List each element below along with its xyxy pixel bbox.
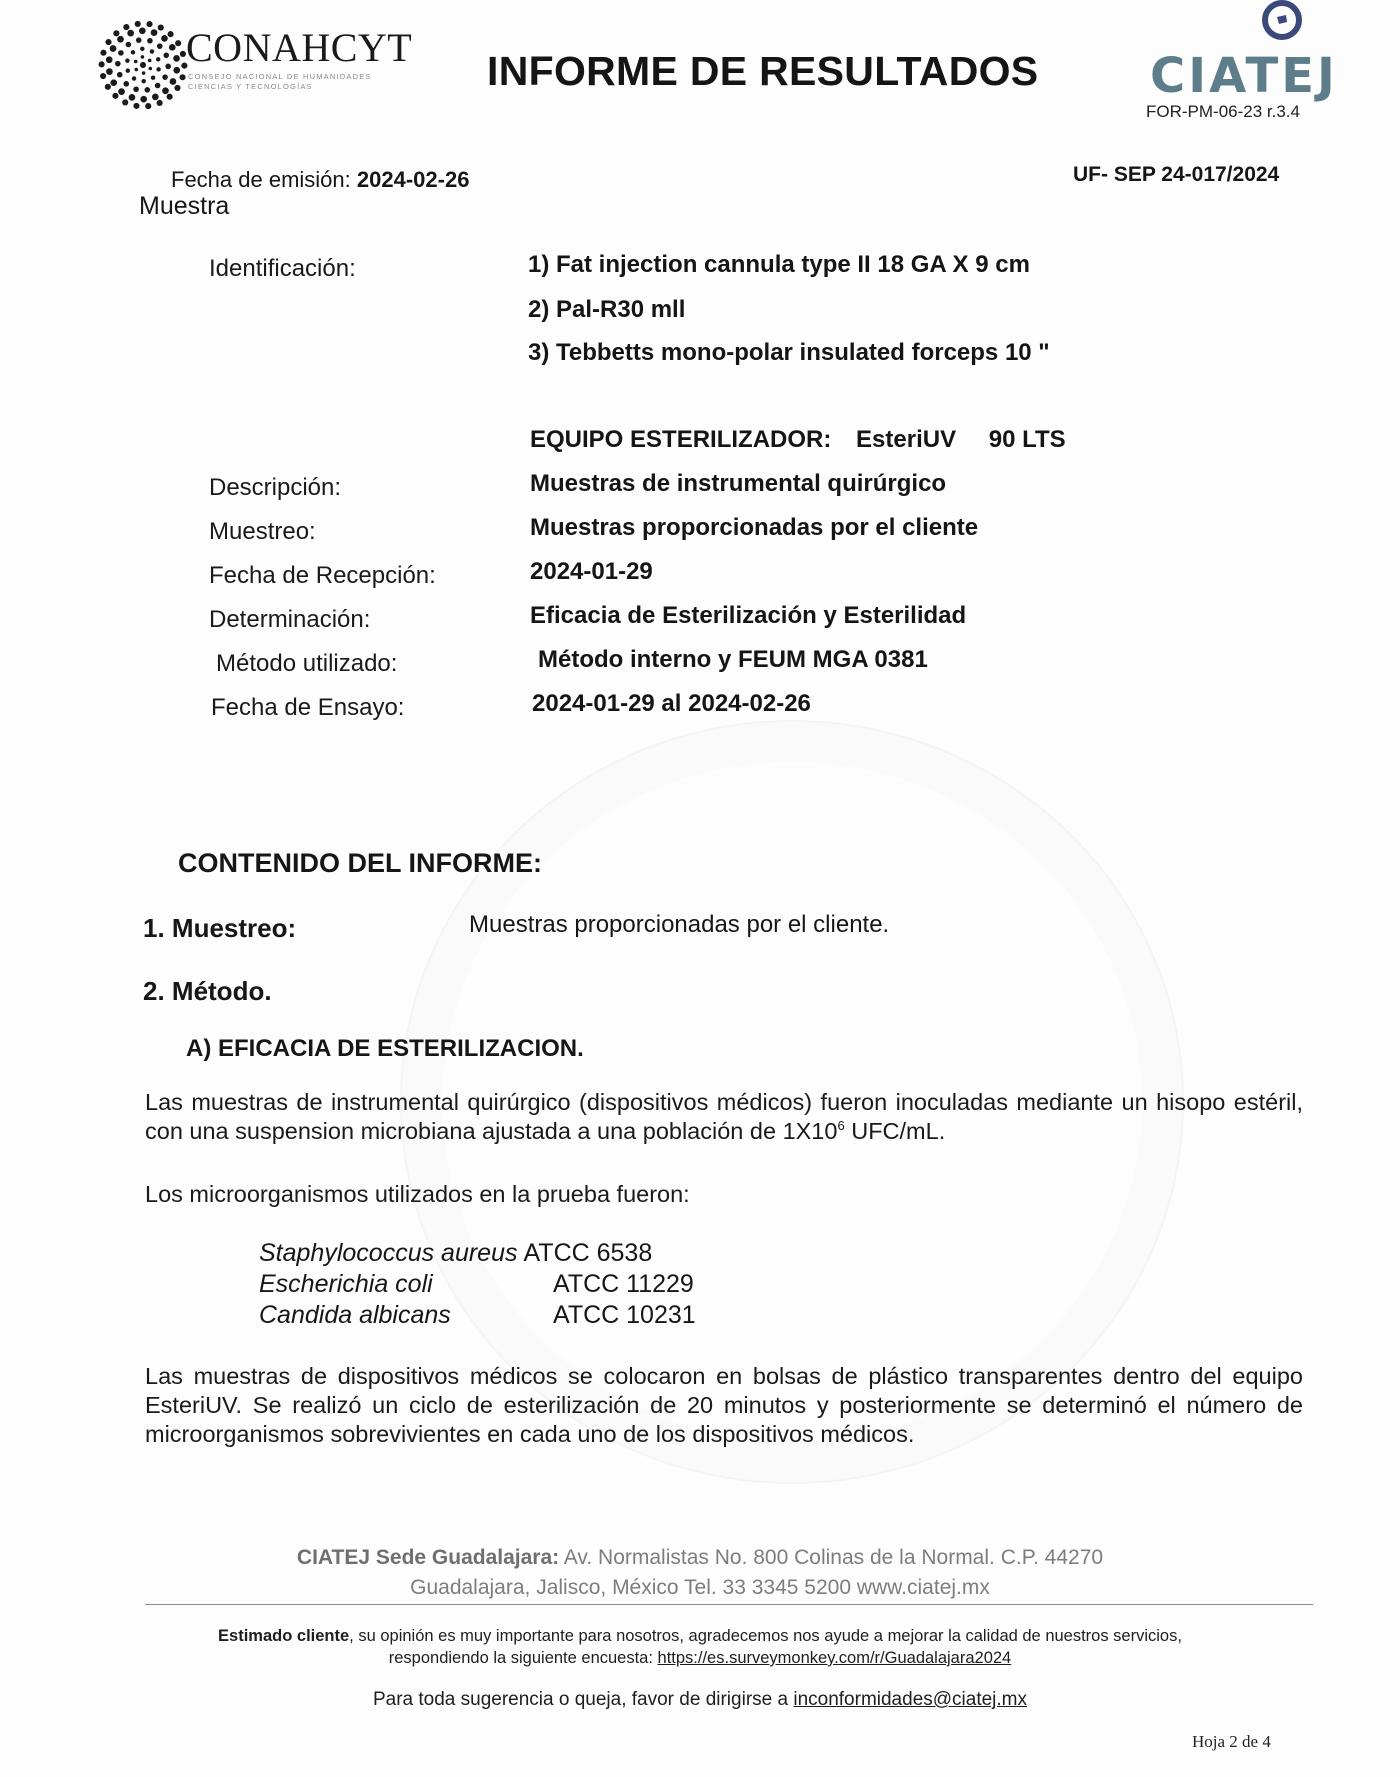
section-1-value: Muestras proporcionadas por el cliente. <box>469 911 889 939</box>
issue-date-label: Fecha de emisión: <box>171 167 351 192</box>
section-2-label: 2. Método. <box>143 976 272 1007</box>
sterilizer-equipment: EQUIPO ESTERILIZADOR: EsteriUV 90 LTS <box>530 426 1066 454</box>
inoculation-units: UFC/mL. <box>845 1118 946 1144</box>
field-value: Eficacia de Esterilización y Esterilidad <box>530 602 966 630</box>
issue-date-value: 2024-02-26 <box>357 167 470 192</box>
list-item: Candida albicans ATCC 10231 <box>259 1300 696 1331</box>
footer-divider <box>145 1604 1313 1605</box>
footer-address-line2: Guadalajara, Jalisco, México Tel. 33 334… <box>0 1573 1400 1603</box>
organism-strain: ATCC 10231 <box>553 1300 696 1331</box>
form-code: FOR-PM-06-23 r.3.4 <box>1146 102 1300 122</box>
field-label: Determinación: <box>209 606 370 634</box>
report-contents-title: CONTENIDO DEL INFORME: <box>178 848 542 879</box>
survey-line2: respondiendo la siguiente encuesta: http… <box>0 1647 1400 1669</box>
field-label: Fecha de Recepción: <box>209 562 436 590</box>
survey-line1: Estimado cliente, su opinión es muy impo… <box>0 1625 1400 1647</box>
organism-name: Candida albicans <box>259 1300 553 1331</box>
conahcyt-name: CONAHCYT <box>186 24 412 71</box>
sample-item-1: 1) Fat injection cannula type II 18 GA X… <box>528 251 1030 279</box>
microorganism-list: Staphylococcus aureus ATCC 6538 Escheric… <box>259 1238 696 1331</box>
field-value: Muestras de instrumental quirúrgico <box>530 470 946 498</box>
footer-address: CIATEJ Sede Guadalajara: Av. Normalistas… <box>0 1543 1400 1603</box>
field-label: Descripción: <box>209 474 341 502</box>
complaint-notice: Para toda sugerencia o queja, favor de d… <box>0 1689 1400 1711</box>
issue-date: Fecha de emisión: 2024-02-26 <box>171 167 469 193</box>
field-value: Muestras proporcionadas por el cliente <box>530 514 978 542</box>
conahcyt-subtitle: CONSEJO NACIONAL DE HUMANIDADES CIENCIAS… <box>188 72 372 92</box>
survey-text2: respondiendo la siguiente encuesta: <box>389 1649 658 1667</box>
field-value: 2024-01-29 al 2024-02-26 <box>532 690 811 718</box>
ciatej-logo-icon <box>1257 0 1307 44</box>
exponent: 6 <box>837 1118 844 1133</box>
field-label: Método utilizado: <box>216 650 397 678</box>
section-1-label: 1. Muestreo: <box>143 913 296 944</box>
organism-strain: ATCC 11229 <box>553 1269 694 1300</box>
sterilizer-label: EQUIPO ESTERILIZADOR: <box>530 426 831 453</box>
complaint-text: Para toda sugerencia o queja, favor de d… <box>373 1689 793 1710</box>
conahcyt-subtitle-line1: CONSEJO NACIONAL DE HUMANIDADES <box>188 72 372 82</box>
list-item: Staphylococcus aureus ATCC 6538 <box>259 1238 696 1269</box>
footer-org: CIATEJ Sede Guadalajara: <box>297 1546 559 1569</box>
organism-name: Staphylococcus aureus <box>259 1238 517 1269</box>
report-folio: UF- SEP 24-017/2024 <box>1073 163 1279 187</box>
list-item: Escherichia coli ATCC 11229 <box>259 1269 696 1300</box>
sample-item-2: 2) Pal-R30 mll <box>528 296 685 324</box>
complaint-email-link[interactable]: inconformidades@ciatej.mx <box>793 1689 1027 1710</box>
sample-heading: Muestra <box>139 192 229 221</box>
section-a-label: A) EFICACIA DE ESTERILIZACION. <box>186 1035 584 1063</box>
identification-label: Identificación: <box>209 255 356 283</box>
survey-link[interactable]: https://es.surveymonkey.com/r/Guadalajar… <box>658 1649 1012 1667</box>
sample-item-3: 3) Tebbetts mono-polar insulated forceps… <box>528 339 1050 367</box>
field-value: 2024-01-29 <box>530 558 653 586</box>
sterilizer-model: EsteriUV <box>856 426 956 453</box>
footer-address-line1: CIATEJ Sede Guadalajara: Av. Normalistas… <box>0 1543 1400 1573</box>
sterilizer-capacity: 90 LTS <box>989 426 1066 453</box>
conahcyt-logo-icon <box>98 20 188 110</box>
footer-street: Av. Normalistas No. 800 Colinas de la No… <box>559 1546 1103 1569</box>
organism-strain: ATCC 6538 <box>523 1238 652 1269</box>
survey-text: , su opinión es muy importante para noso… <box>349 1627 1182 1645</box>
inoculation-paragraph: Las muestras de instrumental quirúrgico … <box>145 1088 1303 1146</box>
field-value: Método interno y FEUM MGA 0381 <box>538 646 928 674</box>
page-indicator: Hoja 2 de 4 <box>1192 1732 1271 1752</box>
conahcyt-subtitle-line2: CIENCIAS Y TECNOLOGÍAS <box>188 82 372 92</box>
survey-notice: Estimado cliente, su opinión es muy impo… <box>0 1625 1400 1669</box>
field-label: Fecha de Ensayo: <box>211 694 404 722</box>
survey-greeting: Estimado cliente <box>218 1627 349 1645</box>
field-label: Muestreo: <box>209 518 316 546</box>
sterilization-paragraph: Las muestras de dispositivos médicos se … <box>145 1362 1303 1449</box>
organism-name: Escherichia coli <box>259 1269 553 1300</box>
ciatej-wordmark: CIATEJ <box>1150 48 1338 104</box>
microorganisms-intro: Los microorganismos utilizados en la pru… <box>145 1180 1303 1209</box>
document-title: INFORME DE RESULTADOS <box>487 48 1038 95</box>
inoculation-text: Las muestras de instrumental quirúrgico … <box>145 1089 1303 1144</box>
